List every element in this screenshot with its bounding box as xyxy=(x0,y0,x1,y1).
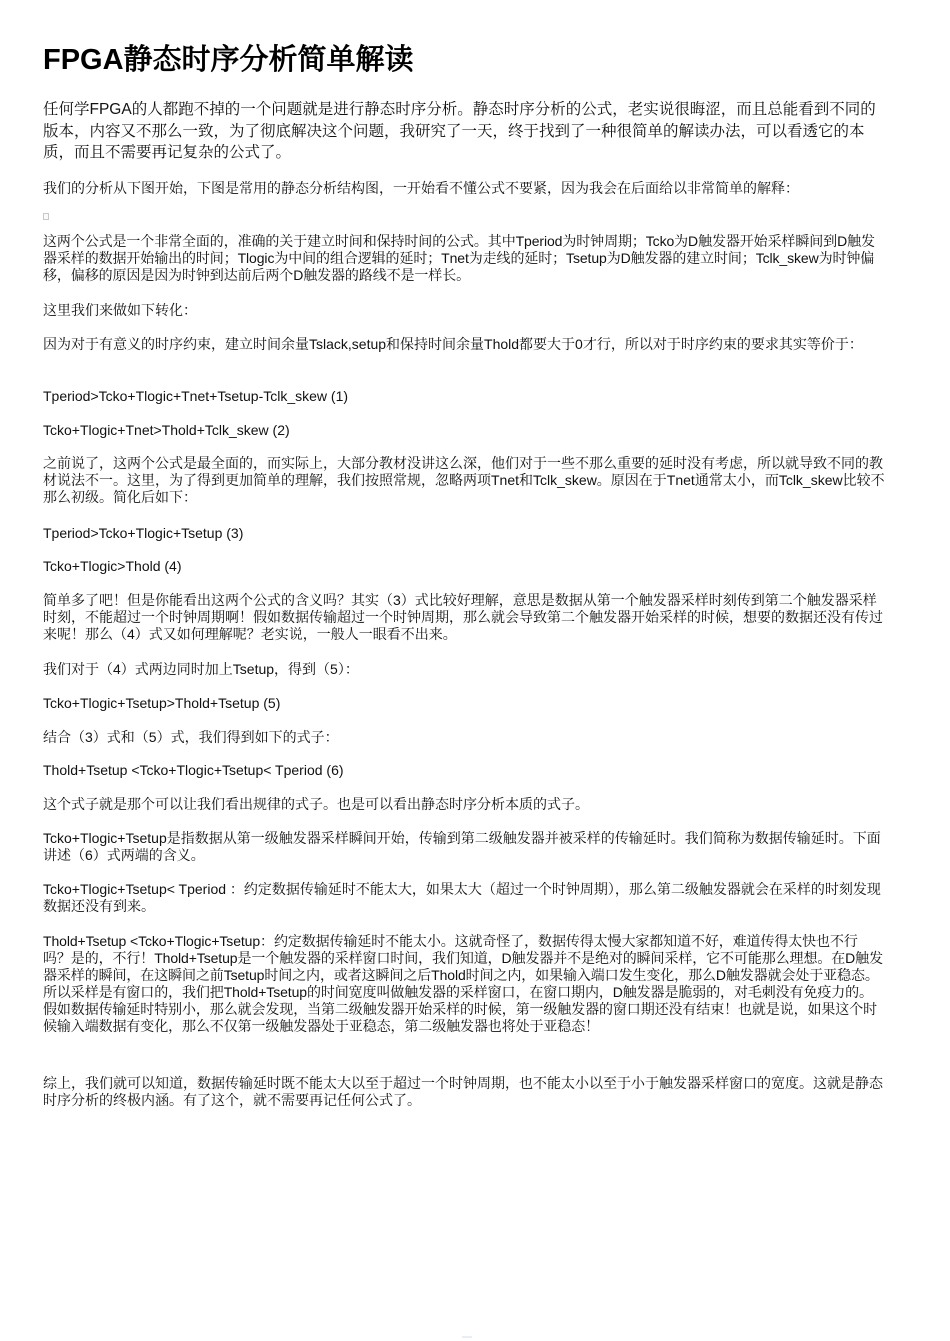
formula-4: Tcko+Tlogic>Thold (4) xyxy=(43,558,182,575)
upper-bound-paragraph: Tcko+Tlogic+Tsetup< Tperiod ：约定数据传输延时不能太… xyxy=(43,881,885,915)
formula-2: Tcko+Tlogic+Tnet>Thold+Tclk_skew (2) xyxy=(43,422,290,439)
combine-paragraph: 结合（3）式和（5）式，我们得到如下的式子： xyxy=(43,729,885,746)
conclusion-paragraph: 综上，我们就可以知道，数据传输延时既不能太大以至于超过一个时钟周期，也不能太小以… xyxy=(43,1075,885,1109)
formula-5: Tcko+Tlogic+Tsetup>Thold+Tsetup (5) xyxy=(43,695,280,712)
simplify-paragraph: 之前说了，这两个公式是最全面的，而实际上，大部分教材没讲这么深，他们对于一些不那… xyxy=(43,455,885,506)
lower-bound-paragraph: Thold+Tsetup <Tcko+Tlogic+Tsetup：约定数据传输延… xyxy=(43,933,885,1035)
transform-paragraph: 这里我们来做如下转化： xyxy=(43,302,885,319)
document-title: FPGA静态时序分析简单解读 xyxy=(43,40,414,80)
intro-paragraph: 任何学FPGA的人都跑不掉的一个问题就是进行静态时序分析。静态时序分析的公式，老… xyxy=(43,99,885,164)
definitions-paragraph: 这两个公式是一个非常全面的，准确的关于建立时间和保持时间的公式。其中Tperio… xyxy=(43,233,885,284)
page-footer-mark xyxy=(462,1336,472,1338)
add-tsetup-paragraph: 我们对于（4）式两边同时加上Tsetup，得到（5）： xyxy=(43,661,885,678)
data-delay-paragraph: Tcko+Tlogic+Tsetup是指数据从第一级触发器采样瞬间开始，传输到第… xyxy=(43,830,885,864)
formula-6: Thold+Tsetup <Tcko+Tlogic+Tsetup< Tperio… xyxy=(43,762,344,779)
figure-caption: 我们的分析从下图开始，下图是常用的静态分析结构图，一开始看不懂公式不要紧，因为我… xyxy=(43,180,885,197)
constraint-paragraph: 因为对于有意义的时序约束，建立时间余量Tslack,setup和保持时间余量Th… xyxy=(43,336,885,353)
formula-1: Tperiod>Tcko+Tlogic+Tnet+Tsetup-Tclk_ske… xyxy=(43,388,348,405)
meaning-paragraph: 简单多了吧！但是你能看出这两个公式的含义吗？其实（3）式比较好理解，意思是数据从… xyxy=(43,592,885,643)
essence-paragraph: 这个式子就是那个可以让我们看出规律的式子。也是可以看出静态时序分析本质的式子。 xyxy=(43,796,885,813)
formula-3: Tperiod>Tcko+Tlogic+Tsetup (3) xyxy=(43,525,243,542)
broken-image-icon xyxy=(43,213,49,220)
